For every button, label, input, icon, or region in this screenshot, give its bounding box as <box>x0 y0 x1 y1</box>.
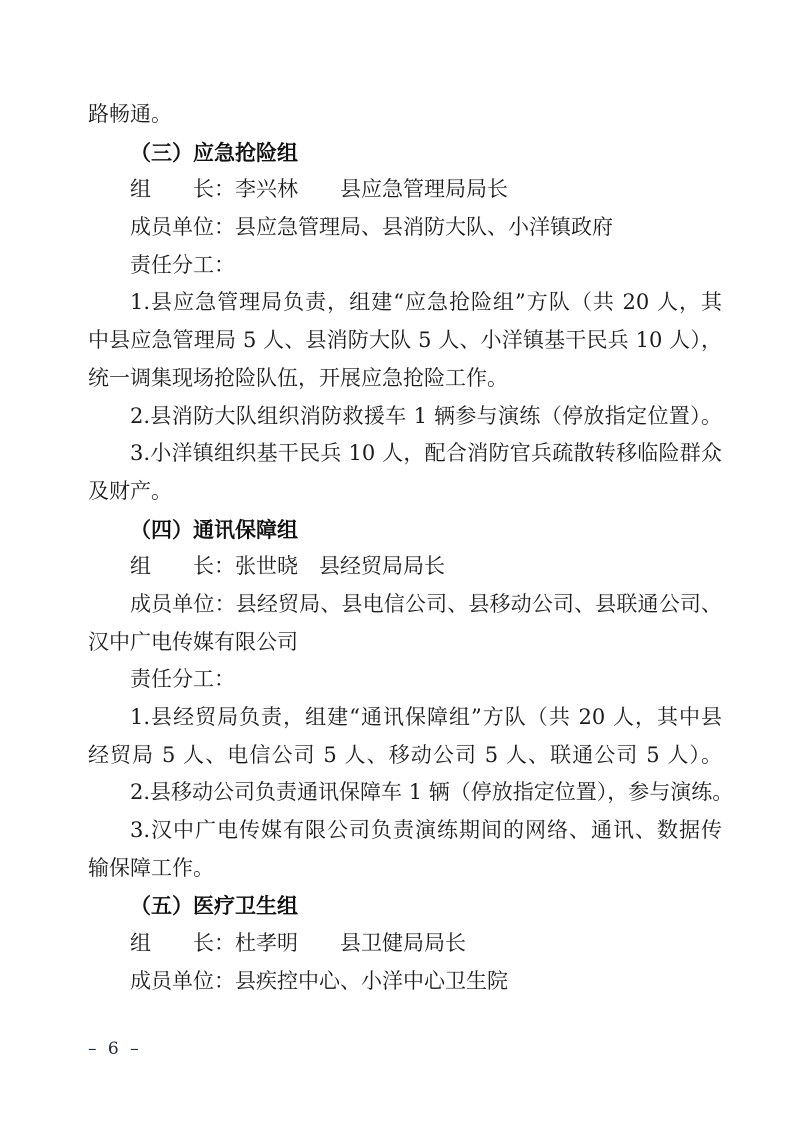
text-line: 组 长：李兴林 县应急管理局局长 <box>88 171 722 209</box>
text-line: 中县应急管理局 5 人、县消防大队 5 人、小洋镇基干民兵 10 人）， <box>88 322 722 360</box>
document-body: 路畅通。（三）应急抢险组组 长：李兴林 县应急管理局局长成员单位：县应急管理局、… <box>88 96 722 1001</box>
text-line: 1.县经贸局负责，组建“通讯保障组”方队（共 20 人，其中县 <box>88 699 722 737</box>
text-line: 组 长：杜孝明 县卫健局局长 <box>88 925 722 963</box>
text-line: 责任分工： <box>88 247 722 285</box>
text-line: 路畅通。 <box>88 96 722 134</box>
text-line: 输保障工作。 <box>88 850 722 888</box>
text-line: 统一调集现场抢险队伍，开展应急抢险工作。 <box>88 360 722 398</box>
text-line: 2.县移动公司负责通讯保障车 1 辆（停放指定位置），参与演练。 <box>88 774 722 812</box>
text-line: 及财产。 <box>88 473 722 511</box>
text-line: 汉中广电传媒有限公司 <box>88 624 722 662</box>
text-line: 1.县应急管理局负责，组建“应急抢险组”方队（共 20 人，其 <box>88 284 722 322</box>
page-number: – 6 – <box>88 1038 139 1060</box>
text-line: 成员单位：县应急管理局、县消防大队、小洋镇政府 <box>88 209 722 247</box>
text-line: 组 长：张世晓 县经贸局局长 <box>88 548 722 586</box>
section-heading: （五）医疗卫生组 <box>88 887 722 925</box>
text-line: 成员单位：县疾控中心、小洋中心卫生院 <box>88 963 722 1001</box>
document-page: 路畅通。（三）应急抢险组组 长：李兴林 县应急管理局局长成员单位：县应急管理局、… <box>0 0 793 1122</box>
section-heading: （四）通讯保障组 <box>88 511 722 549</box>
section-heading: （三）应急抢险组 <box>88 134 722 172</box>
text-line: 3.小洋镇组织基干民兵 10 人，配合消防官兵疏散转移临险群众 <box>88 435 722 473</box>
text-line: 责任分工： <box>88 661 722 699</box>
text-line: 成员单位：县经贸局、县电信公司、县移动公司、县联通公司、 <box>88 586 722 624</box>
text-line: 3.汉中广电传媒有限公司负责演练期间的网络、通讯、数据传 <box>88 812 722 850</box>
text-line: 经贸局 5 人、电信公司 5 人、移动公司 5 人、联通公司 5 人）。 <box>88 737 722 775</box>
text-line: 2.县消防大队组织消防救援车 1 辆参与演练（停放指定位置）。 <box>88 398 722 436</box>
